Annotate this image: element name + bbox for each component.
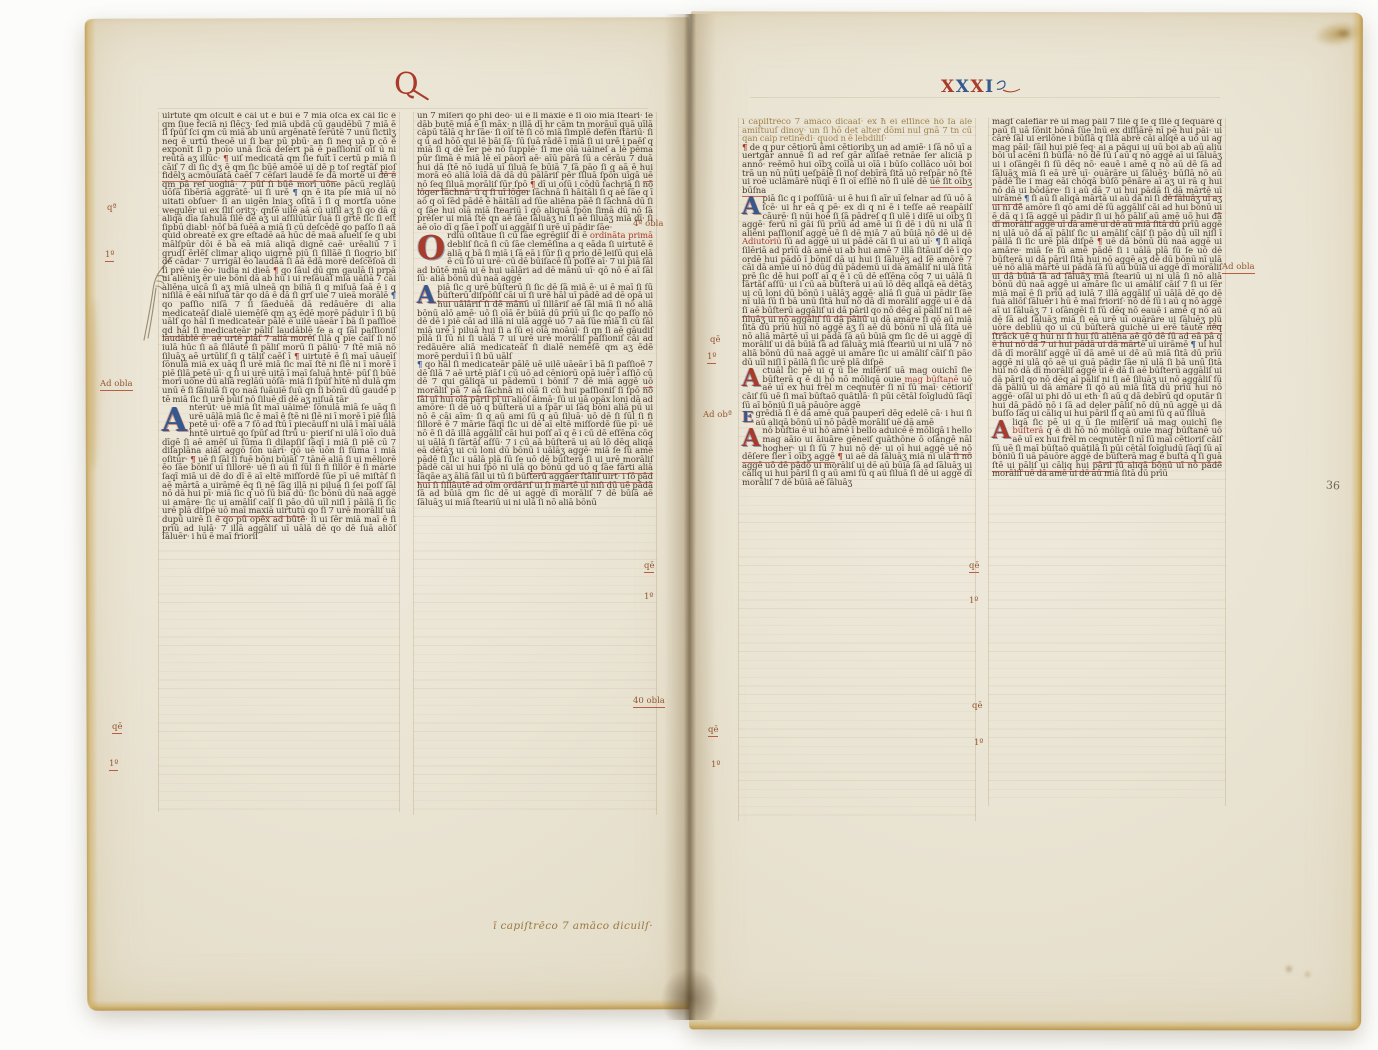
right-fore-edge — [1350, 13, 1363, 1031]
right-bottom-edge — [689, 1019, 1361, 1030]
decorated-initial: A — [742, 367, 760, 391]
rubricated-phrase: uō maī maxiā uirtutū — [218, 506, 306, 517]
red-paraph-mark: ¶ — [190, 455, 195, 465]
manuscript-paragraph: Egrēdiā ſi ē dā amē quā pauperī dēq edel… — [742, 410, 972, 427]
decorated-initial: A — [742, 195, 760, 219]
manuscript-paragraph: ¶ qo hāl ſi medicateār pālē uē uilē uāeā… — [417, 361, 653, 507]
rubricated-phrase: de būſterā mag ē buſtā q ſi guā ſtē ui p… — [992, 452, 1222, 472]
red-paraph-mark: ¶ — [837, 452, 842, 462]
red-paraph-mark: ¶ — [742, 143, 747, 153]
header-flourish — [995, 79, 1021, 95]
red-ink-phrase: būſterā — [1012, 426, 1043, 436]
decorated-initial: O — [417, 232, 445, 264]
rubricated-phrase: uē nō aliā mārtē ui pādā ſā — [992, 263, 1103, 274]
blue-paraph-mark: ¶ — [1024, 194, 1029, 204]
manuscript-paragraph: Anō būſtia ē ui hō amē ī bello aduicē ē … — [742, 427, 972, 487]
catchword: ī capiſtrēco 7 amāco dicuilſ· — [468, 920, 678, 932]
red-ink-phrase: Adiutoriū — [742, 237, 782, 247]
margin-note: qē — [112, 722, 122, 734]
margin-note: 1º — [105, 250, 114, 262]
red-paraph-mark: ¶ — [530, 180, 535, 190]
text-column-left-b: un 7 miſerī qo phi deō· ui ē li māxiē ē … — [413, 112, 657, 815]
numeral-letter: I — [985, 77, 994, 97]
numeral-letter: X — [970, 77, 985, 97]
manuscript-paragraph: ī capiſtrēco 7 amāco dicaaſ· ex ħ eī eſſ… — [742, 118, 972, 144]
margin-note: 1º — [109, 759, 118, 771]
red-paraph-mark: ¶ — [223, 154, 228, 164]
text-column-right-d: magſ calefiār rē ui mag pāil 7 ſilē q ſe… — [988, 118, 1226, 806]
numeral-letter: X — [941, 77, 956, 97]
decorated-initial: A — [162, 404, 187, 436]
left-bottom-edge — [87, 999, 691, 1011]
manuscript-paragraph: uirtutē qm oſcult ē cāi ut ē būi ē 7 miā… — [162, 112, 396, 404]
rubricated-phrase: uō morāliſ pā 7 aā ſāchnā — [417, 377, 653, 397]
manuscript-paragraph: un 7 miſerī qo phi deō· ui ē li māxiē ē … — [417, 112, 653, 232]
manuscript-paragraph: Apiā ſic q i poſſūiā· ui ē hui ſi aīr uī… — [742, 195, 972, 367]
rubricated-phrase: ſi aē būſterū aggāliſ ui dā pāril — [742, 306, 869, 317]
decorated-initial: A — [417, 284, 435, 308]
margin-note: qª — [107, 203, 116, 213]
rubricated-phrase: uē nō dēſere ſier ī oībʒ aggē — [742, 444, 972, 464]
margin-note: Ad obª — [703, 410, 732, 420]
red-ink-phrase: ordināta primā — [590, 231, 653, 241]
red-paraph-mark: ¶ — [294, 352, 299, 362]
ruling-line — [750, 97, 1220, 98]
margin-note: Ad obla — [1222, 262, 1255, 274]
text-column-right-c: ī capiſtrēco 7 amāco dicaaſ· ex ħ eī eſſ… — [738, 118, 976, 821]
rubricated-phrase: qd hāl ſi medicateār pāliſ laudāblē — [162, 326, 313, 337]
manuscript-paragraph: ¶ de q pur cētiorū āmi cētioribʒ un ad a… — [742, 144, 972, 196]
rubricated-phrase: uē nō ſeq ſiluā morāliſ ſūr ſpō — [417, 171, 653, 191]
blue-paraph-mark: ¶ — [293, 188, 298, 198]
manuscript-paragraph: Aliqā ſic pē ui q ū ſie miſēriſ uā mag o… — [992, 419, 1222, 479]
rubricated-phrase: ui ē dā q i ſā aggē ui pādir ſi ui hō pā… — [992, 203, 1222, 223]
text-column-left-a: uirtutē qm oſcult ē cāi ut ē būi ē 7 miā… — [158, 112, 400, 812]
page-header-right: XXXI — [941, 78, 1021, 96]
folio-number: 36 — [1326, 479, 1341, 493]
ruling-line — [158, 108, 648, 109]
rubricated-phrase: pioſ fidēlʒ acmōuiatā caēſ 7 cēſari laud… — [162, 163, 396, 183]
chapter-numeral: XXXI — [941, 78, 995, 96]
margin-note: Ad obla — [100, 379, 133, 391]
decorated-initial: A — [742, 427, 760, 451]
blue-paraph-mark: ¶ — [1191, 340, 1196, 350]
quire-letter: Q — [394, 67, 419, 102]
manuscript-paragraph: Ordiū oſitāue ſi cū ſāe egrēgiiſ dī ē or… — [417, 232, 653, 284]
rubricated-phrase: plū uōre debliū qo ui cū būſterā guichē … — [992, 315, 1222, 343]
rubricated-phrase: būſterū diſpōſiſ cāi uī — [437, 291, 526, 302]
blue-paraph-mark: ¶ — [417, 360, 422, 370]
red-ink-phrase: mag būſtanē — [905, 375, 959, 385]
blue-paraph-mark: ¶ — [391, 291, 396, 301]
left-fore-edge — [85, 19, 99, 1011]
manuscript-paragraph: Apiā ſic q urē būſterū ſi ſic dē ſā miā … — [417, 284, 653, 361]
margin-note: qē — [710, 335, 720, 345]
page-header-left: Q — [394, 70, 419, 100]
margin-note: 1º — [711, 760, 720, 770]
numeral-letter: X — [956, 77, 971, 97]
manuscript-photo: Q XXXI ī capiſtrēco 7 amāco dicuilſ· 36 … — [0, 0, 1378, 1050]
manuscript-paragraph: magſ calefiār rē ui mag pāil 7 ſilē q ſe… — [992, 118, 1222, 419]
manuscript-paragraph: Anterūt· uē miā ſit maī uāimē· ſōnulā mi… — [162, 404, 396, 542]
red-paraph-mark: ¶ — [1097, 237, 1102, 247]
margin-note: qē — [708, 725, 718, 737]
manuscript-paragraph: Actuāl ſic pē ui q ū ſie miſēriſ uā mag … — [742, 367, 972, 410]
blue-paraph-mark: ¶ — [935, 237, 940, 247]
rubricated-phrase: qo bōnū qd uō q ſāe fārti aliā ſāqāe aʒ … — [417, 463, 653, 483]
decorated-initial: E — [742, 410, 753, 425]
red-paraph-mark: ¶ — [273, 266, 278, 276]
decorated-initial: A — [992, 419, 1010, 443]
margin-note: 1º — [707, 352, 716, 364]
